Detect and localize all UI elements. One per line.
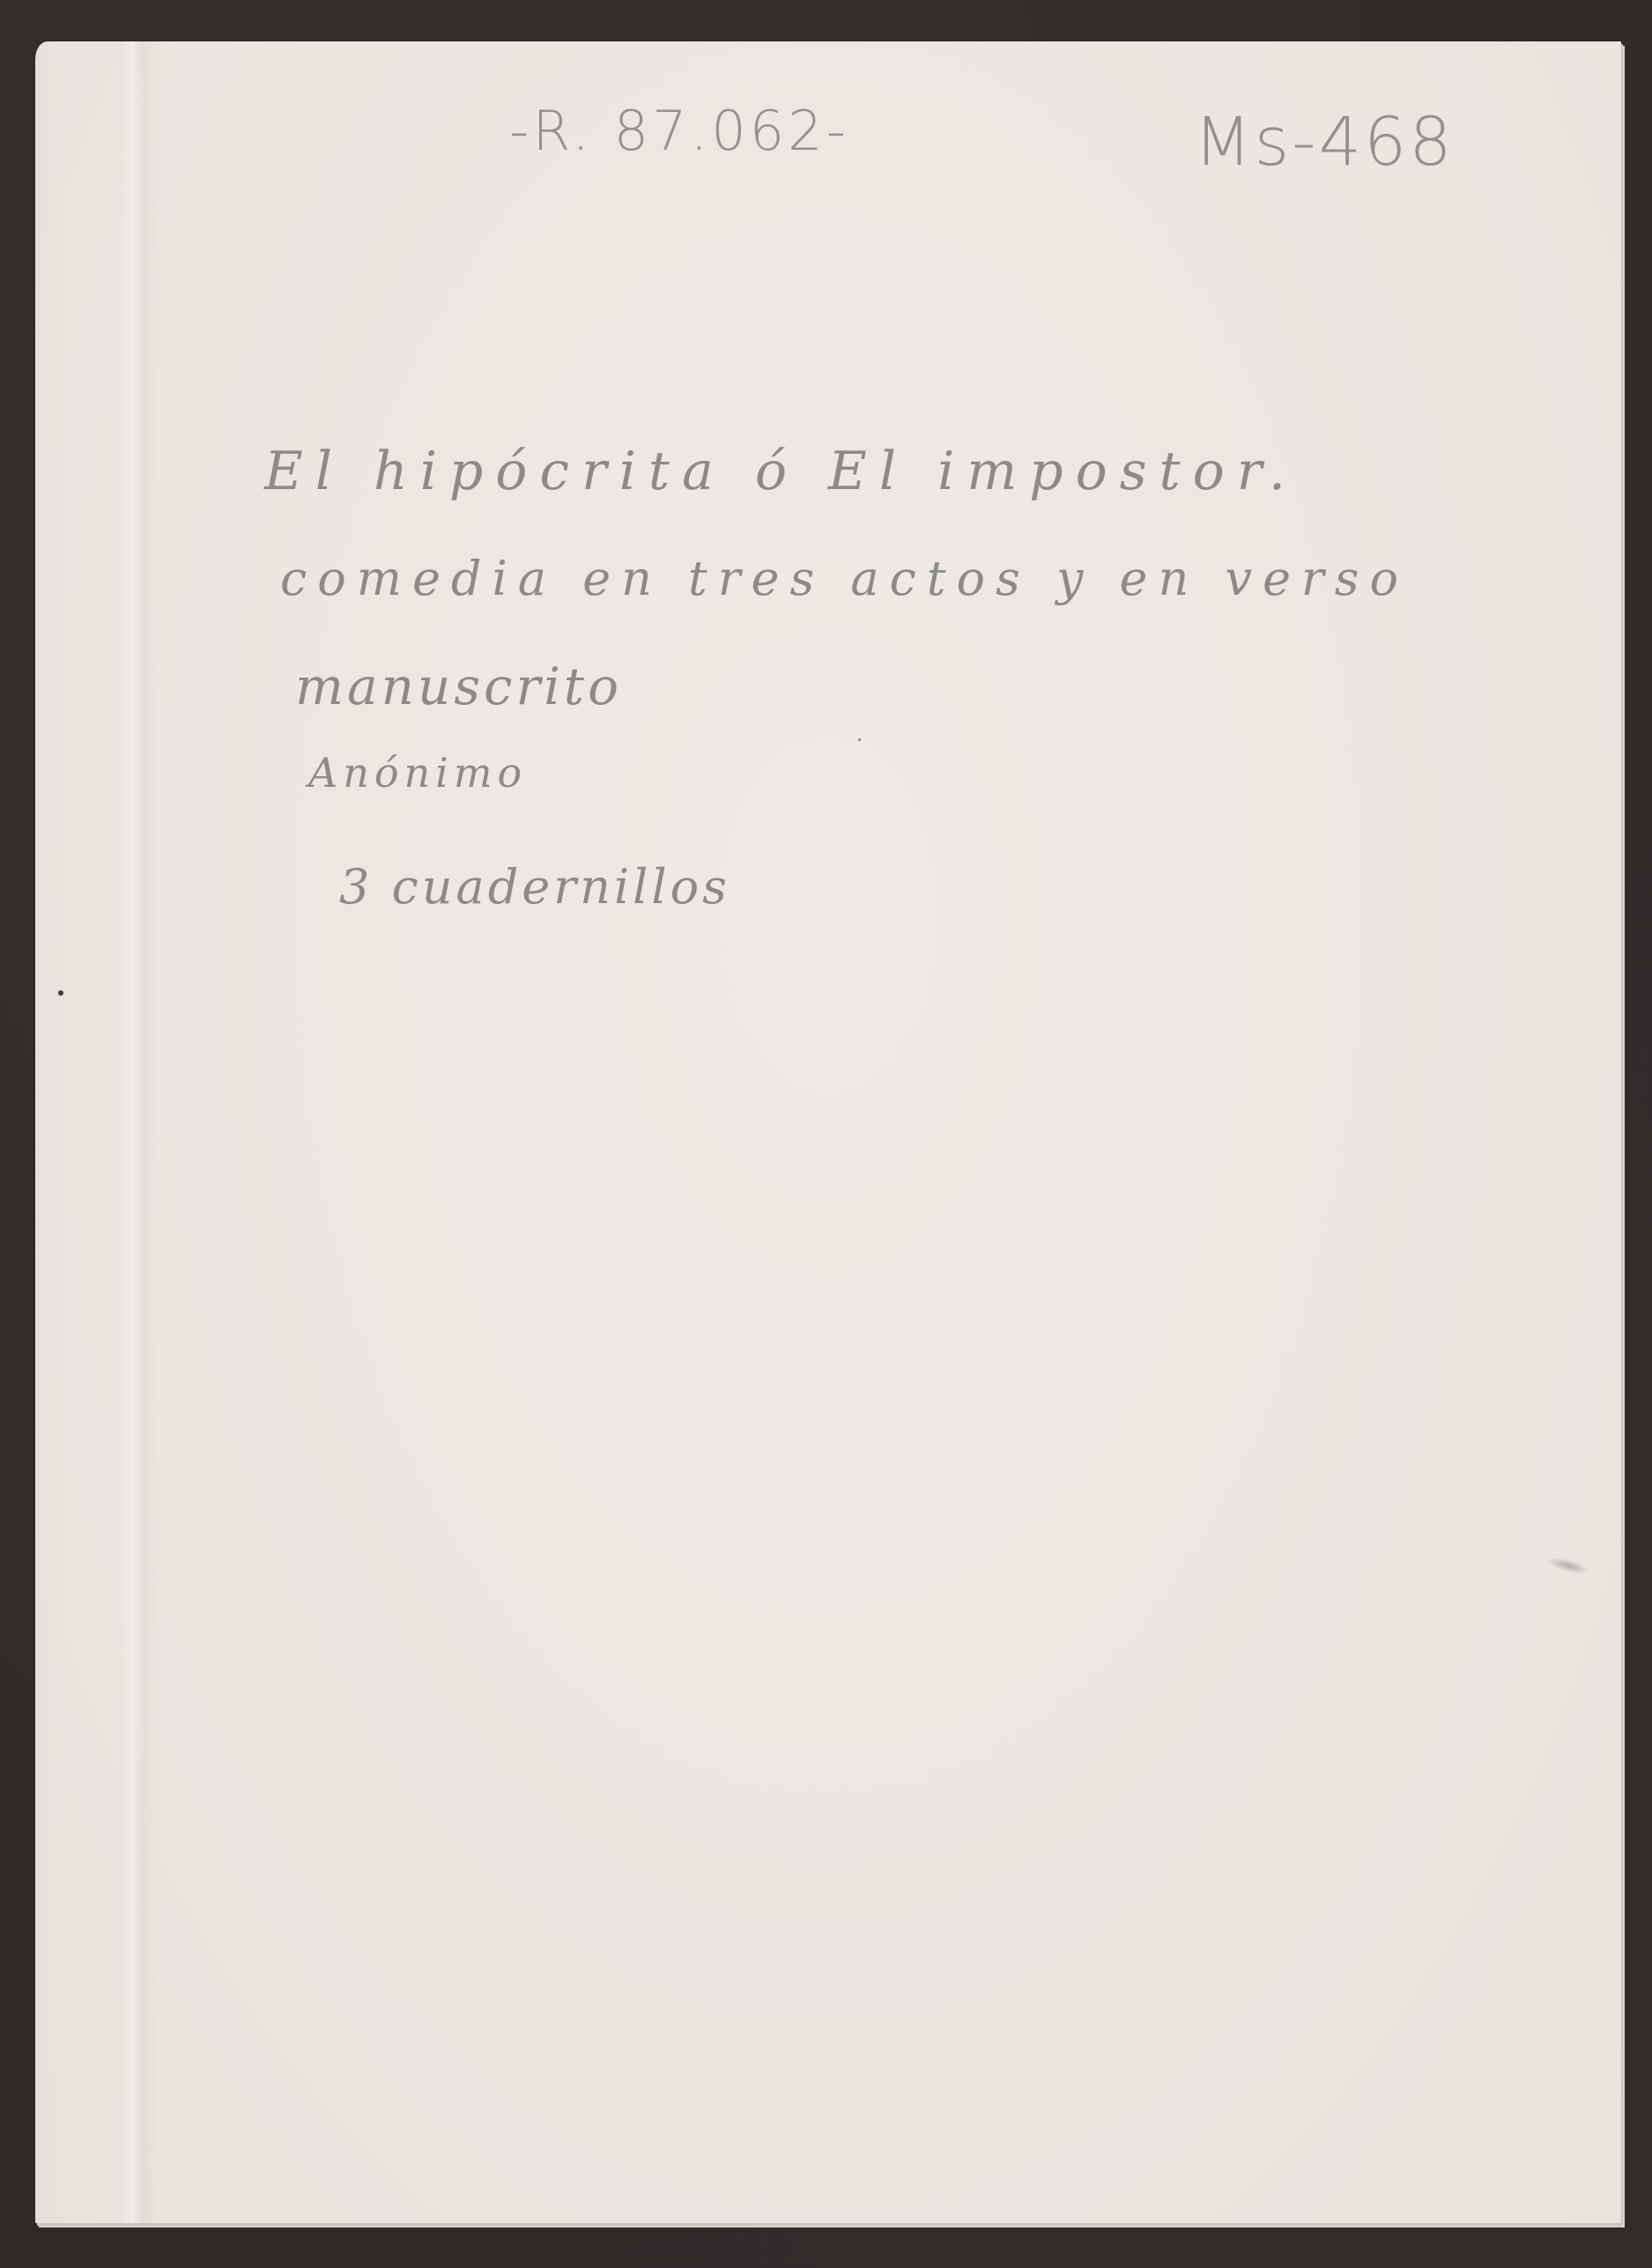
document-page	[35, 41, 1621, 2223]
quires-count: 3 cuadernillos	[339, 859, 730, 915]
register-number: -R. 87.062-	[509, 99, 849, 163]
author-note: Anónimo	[308, 749, 527, 797]
ink-speck	[58, 990, 63, 996]
ink-speck	[858, 738, 861, 741]
work-title: El hipócrita ó El impostor.	[264, 441, 1298, 502]
format-note: manuscrito	[295, 656, 622, 716]
manuscript-shelfmark: Ms-468	[1194, 102, 1455, 181]
work-genre: comedia en tres actos y en verso	[280, 551, 1409, 606]
